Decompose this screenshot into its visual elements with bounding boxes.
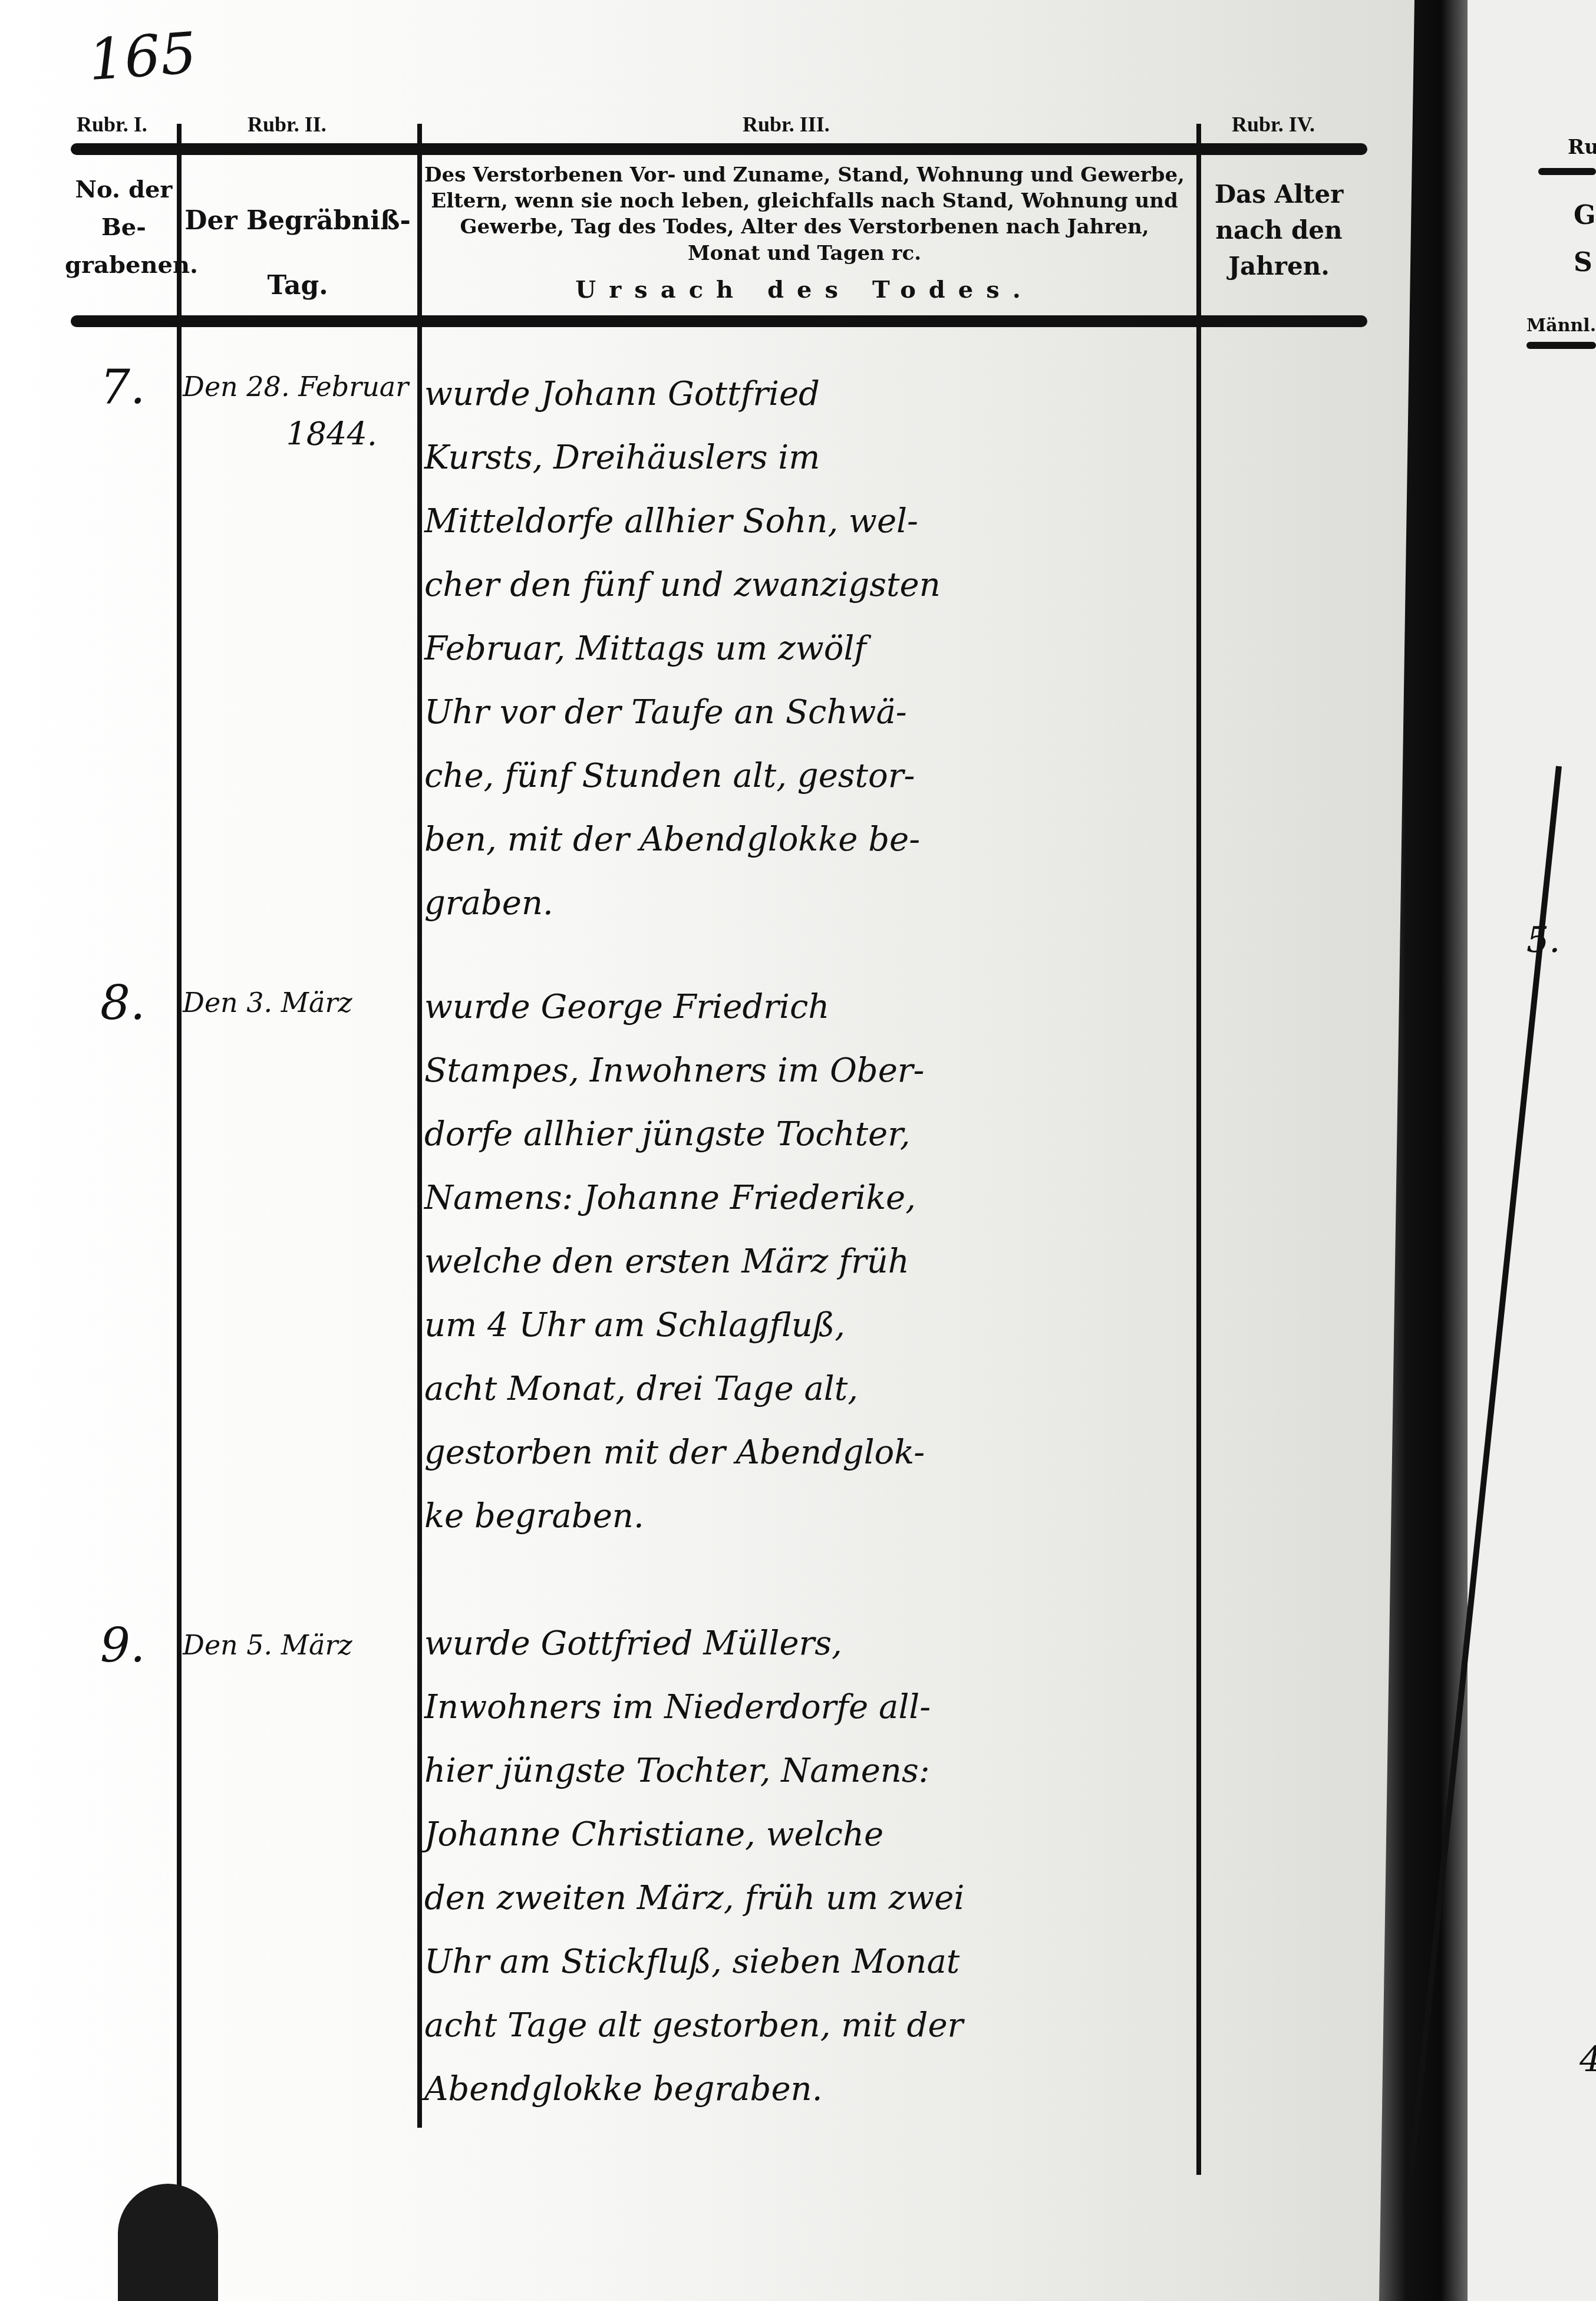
entry-record-text: wurde Johann Gottfried Kursts, Dreihäusl… (424, 362, 1185, 935)
entry-date-day: Den 3. März (183, 987, 352, 1018)
header-col-deceased-details: Des Verstorbenen Vor- und Zuname, Stand,… (424, 162, 1185, 305)
entry-number: 9. (100, 1618, 145, 1673)
rubric-4-label: Rubr. IV. (1232, 112, 1315, 137)
right-page-header-fragment: S (1574, 248, 1592, 278)
entry-burial-date: Den 5. März (183, 1624, 418, 1667)
header-col-burial-number: No. der Be- grabenen. (65, 171, 183, 284)
rubric-1-label: Rubr. I. (77, 112, 147, 137)
rubric-3-label: Rubr. III. (743, 112, 830, 137)
header-col-age: Das Alter nach den Jahren. (1202, 177, 1356, 285)
header-top-rule (71, 143, 1367, 155)
header-col-cause-of-death: Ursach des Todes. (424, 275, 1185, 305)
column-rule-3 (1196, 124, 1201, 2175)
entry-number: 8. (100, 975, 145, 1030)
page-number: 165 (86, 20, 199, 94)
right-page-rule (1538, 168, 1596, 175)
entry-date-year: 1844. (183, 409, 418, 460)
header-col-deceased-text: Des Verstorbenen Vor- und Zuname, Stand,… (424, 163, 1185, 265)
entry-number: 7. (100, 360, 145, 414)
rubric-2-label: Rubr. II. (248, 112, 327, 137)
scanner-finger-shadow (118, 2184, 218, 2301)
header-col-burial-day: Der Begräbniß-Tag. (177, 189, 418, 318)
column-rule-1 (177, 124, 182, 2187)
entry-date-day: Den 5. März (183, 1629, 352, 1661)
entry-record-text: wurde George Friedrich Stampes, Inwohner… (424, 975, 1185, 1548)
entry-burial-date: Den 3. März (183, 981, 418, 1025)
entry-burial-date: Den 28. Februar 1844. (183, 365, 418, 460)
right-page-header-fragment: G (1574, 200, 1596, 230)
entry-record-text: wurde Gottfried Müllers, Inwohners im Ni… (424, 1612, 1185, 2121)
right-page-column-label: Männl. (1526, 315, 1596, 336)
right-page-rubric-fragment: Ru (1568, 136, 1596, 159)
right-page-rule (1526, 342, 1596, 349)
right-page-entry-number: 4 (1579, 2039, 1596, 2081)
entry-date-day: Den 28. Februar (183, 371, 408, 403)
